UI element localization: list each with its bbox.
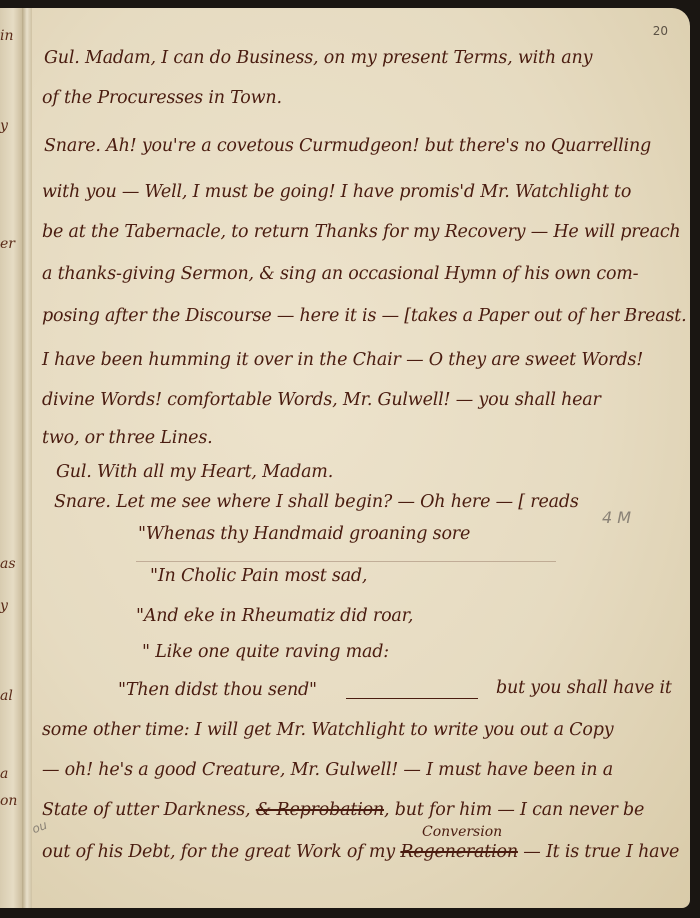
dash-rule [346,698,478,699]
pencil-annotation: 4 M [602,508,631,527]
text-line: two, or three Lines. [42,428,212,448]
manuscript-page: 20 Gul. Madam, I can do Business, on my … [32,8,690,908]
facing-page-fragment: y [0,598,8,614]
facing-page-fragment: a [0,766,8,782]
text-line: — oh! he's a good Creature, Mr. Gulwell!… [42,760,613,780]
hymn-verse: "And eke in Rheumatiz did roar, [136,606,413,626]
facing-page-fragment: as [0,556,16,572]
hymn-verse: "In Cholic Pain most sad, [150,566,367,586]
text-segment: out of his Debt, for the great Work of m… [42,842,395,862]
faint-rule [136,561,556,562]
facing-page-fragment: al [0,688,13,704]
text-line: Gul. Madam, I can do Business, on my pre… [44,48,592,68]
pencil-annotation: ou [30,818,49,836]
page-number: 20 [653,24,668,38]
facing-page-fragment: er [0,236,15,252]
text-segment: , but for him — I can never be [384,800,644,820]
text-line: posing after the Discourse — here it is … [42,306,686,326]
hymn-verse: "Whenas thy Handmaid groaning sore [138,524,470,544]
text-line: of the Procuresses in Town. [42,88,282,108]
text-line: but you shall have it [496,678,672,698]
speaker-line: Snare. Let me see where I shall begin? —… [54,492,579,512]
text-line: divine Words! comfortable Words, Mr. Gul… [42,390,601,410]
text-line: with you — Well, I must be going! I have… [42,182,631,202]
text-line: I have been humming it over in the Chair… [42,350,643,370]
text-segment: State of utter Darkness, [42,800,250,820]
hymn-verse: "Then didst thou send" [118,680,317,700]
struck-word: & Reprobation [256,800,384,820]
text-line: out of his Debt, for the great Work of m… [42,842,679,862]
text-line: State of utter Darkness, & Reprobation, … [42,800,644,820]
speaker-line: Gul. With all my Heart, Madam. [56,462,333,482]
facing-page-fragment: on [0,793,17,809]
hymn-verse: " Like one quite raving mad: [142,642,389,662]
text-line: a thanks-giving Sermon, & sing an occasi… [42,264,638,284]
interlinear-insertion: Conversion [422,824,502,840]
text-segment: — It is true I have [523,842,679,862]
facing-page-edge: in y er as y al a on [0,8,22,908]
struck-word: Regeneration [400,842,518,862]
text-line: be at the Tabernacle, to return Thanks f… [42,222,681,242]
text-line: Snare. Ah! you're a covetous Curmudgeon!… [44,136,651,156]
book-gutter [22,8,32,908]
facing-page-fragment: y [0,118,8,134]
facing-page-fragment: in [0,28,14,44]
text-line: some other time: I will get Mr. Watchlig… [42,720,613,740]
